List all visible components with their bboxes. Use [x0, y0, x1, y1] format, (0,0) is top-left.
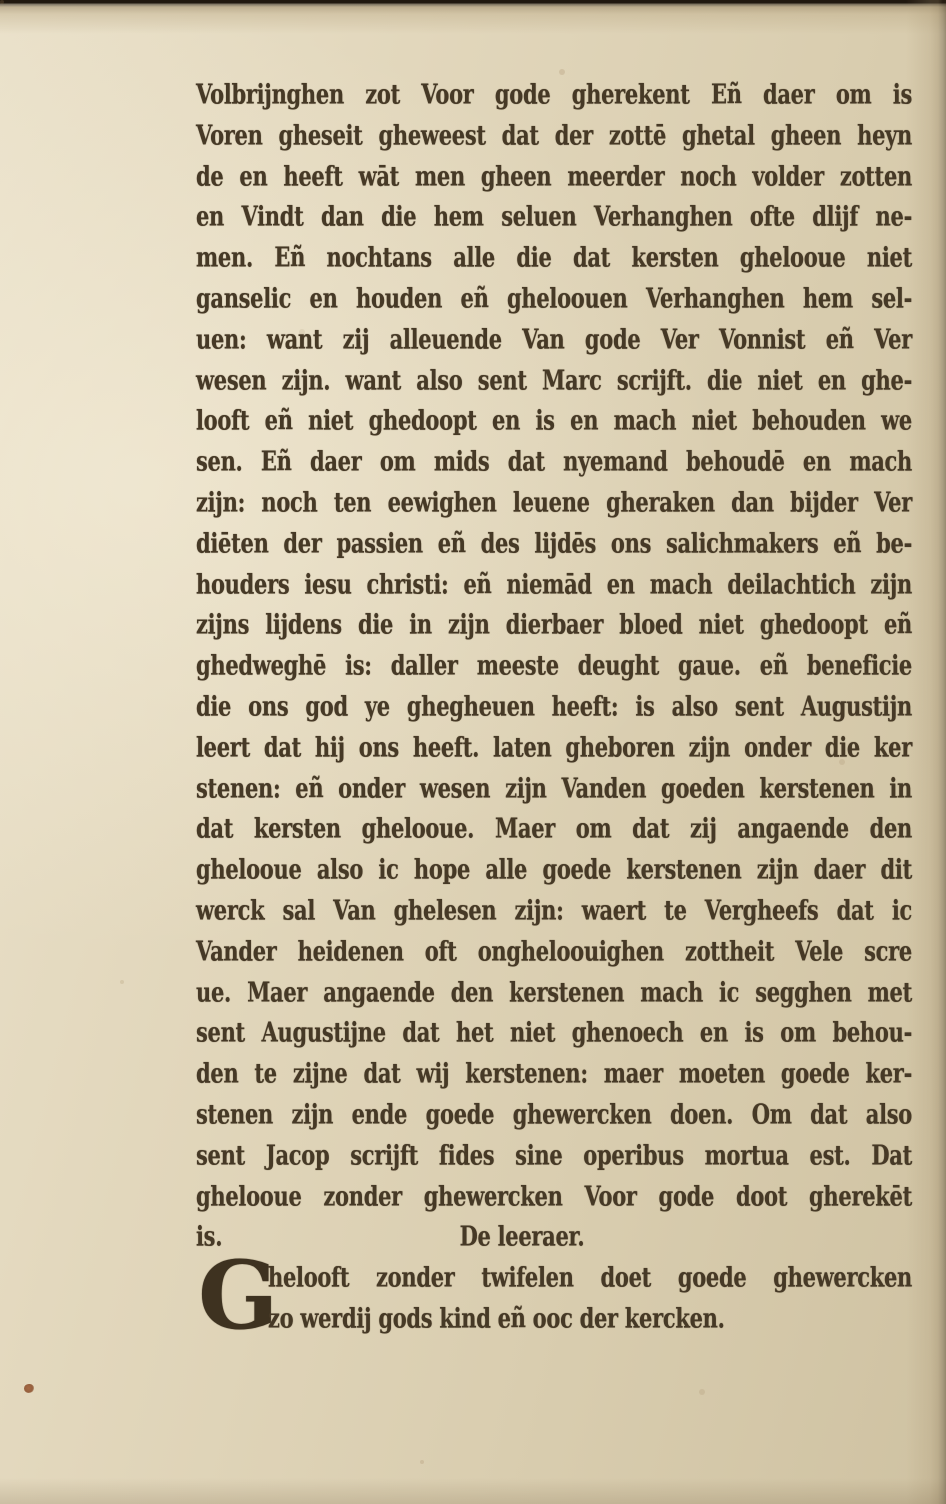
verse-lines: helooft zonder twifelen doet goede ghewe… — [268, 1259, 912, 1341]
drop-cap-initial: G — [198, 1253, 278, 1339]
page-bottom-edge-shadow — [0, 1478, 946, 1504]
foxing-specks — [0, 0, 4, 4]
page-right-edge-shadow — [906, 0, 946, 1504]
text-block: Volbrijnghen zot Voor gode gherekent Eñ … — [196, 76, 912, 1218]
page-top-edge-shadow — [0, 0, 946, 34]
book-page-scan: Volbrijnghen zot Voor gode gherekent Eñ … — [0, 0, 946, 1504]
stain-spot — [24, 1384, 34, 1393]
verse-line-2: zo werdij gods kind eñ ooc der kercken. — [268, 1292, 912, 1345]
verse-block: G helooft zonder twifelen doet goede ghe… — [196, 1259, 912, 1341]
text-line: zo werdij gods kind eñ ooc der kercken. — [268, 1300, 912, 1341]
